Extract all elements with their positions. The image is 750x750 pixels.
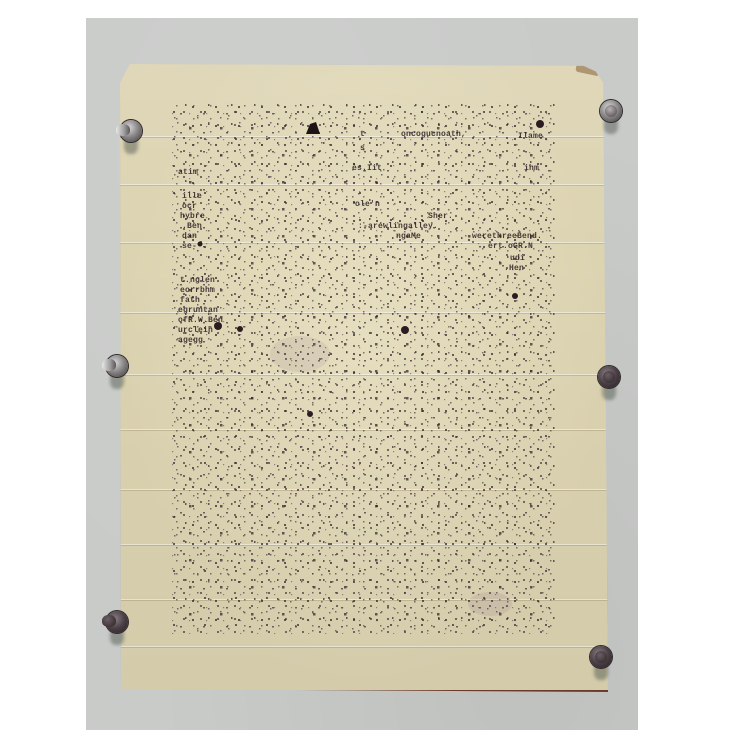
- typed-fragment: egruntan: [178, 306, 218, 315]
- pin-top-right: [600, 100, 622, 122]
- pin-middle-right: [598, 366, 620, 388]
- pin-middle-left: [106, 355, 128, 377]
- typed-fragment: se-: [182, 242, 197, 251]
- typed-fragment: urcleih: [178, 326, 213, 335]
- typed-fragment: Ilame: [518, 132, 543, 141]
- pin-bottom-right: [590, 646, 612, 668]
- typed-fragment: ille: [182, 192, 202, 201]
- typed-fragment: dan: [182, 232, 197, 241]
- typed-fragment: oncogucnoath,: [401, 130, 466, 139]
- typed-fragment: ole'n: [355, 200, 380, 209]
- typed-fragment: agegg: [178, 336, 203, 345]
- typed-fragment: .Ben: [182, 222, 202, 231]
- typed-fragment: es.Iit: [352, 164, 382, 173]
- typed-fragment: t: [360, 130, 365, 139]
- typed-fragment: Sher.: [428, 212, 453, 221]
- pin-bottom-left: [106, 611, 128, 633]
- photograph: t oncogucnoath, Ilame s atim es.Iit ihm …: [86, 18, 638, 730]
- typed-fragment: fath: [180, 296, 200, 305]
- typed-fragment: hybre: [180, 212, 205, 221]
- typed-fragment: werethreeBend.: [472, 232, 542, 241]
- typed-fragment: ocr: [182, 202, 197, 211]
- typed-fragment: ofR.W.Ben: [178, 316, 223, 325]
- pin-top-left: [120, 120, 142, 142]
- typed-fragment: ert.oGR.N: [488, 242, 533, 251]
- typed-fragment: eorrbhm: [180, 286, 215, 295]
- pin-cap: [603, 371, 615, 383]
- pin-cap: [102, 359, 116, 371]
- typed-fragment: .Hen: [504, 264, 524, 273]
- pin-cap: [595, 651, 607, 663]
- typed-fragment: ngaMe: [396, 232, 421, 241]
- typed-fragment: udi: [510, 254, 525, 263]
- ink-speckle-field: [120, 64, 608, 690]
- typed-fragment: ihm: [524, 164, 539, 173]
- typed-fragment: s: [360, 144, 365, 153]
- pin-cap: [605, 105, 617, 117]
- typed-fragment: :-arewlingalley.: [358, 222, 438, 231]
- pin-cap: [116, 124, 130, 136]
- typed-fragment: t.nglen: [180, 276, 215, 285]
- typed-document-sheet: t oncogucnoath, Ilame s atim es.Iit ihm …: [120, 64, 608, 692]
- typed-fragment: atim: [178, 168, 198, 177]
- pin-cap: [102, 615, 116, 627]
